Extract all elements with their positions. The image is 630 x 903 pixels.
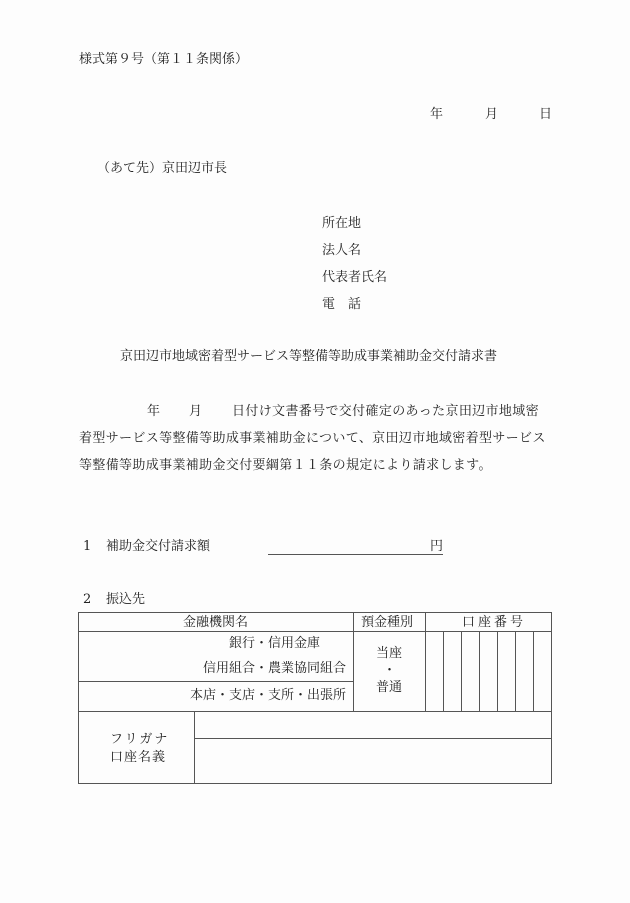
deposit-type-current: 当座 bbox=[376, 647, 402, 660]
table-border-top bbox=[78, 612, 552, 613]
section1-number: 1 bbox=[83, 540, 91, 553]
account-name-label: 口座名義 bbox=[110, 751, 166, 764]
amount-unit: 円 bbox=[430, 540, 443, 553]
deposit-type-separator: ・ bbox=[383, 664, 396, 677]
account-digit-5[interactable] bbox=[498, 632, 515, 711]
date-year-label: 年 bbox=[430, 108, 443, 121]
account-digit-6[interactable] bbox=[516, 632, 533, 711]
account-digit-2[interactable] bbox=[444, 632, 461, 711]
body-line1: 日付け文書番号で交付確定のあった京田辺市地域密 bbox=[232, 405, 539, 418]
applicant-corp-name-label: 法人名 bbox=[322, 244, 361, 257]
body-year: 年 bbox=[147, 405, 160, 418]
account-digit-1[interactable] bbox=[426, 632, 443, 711]
applicant-address-label: 所在地 bbox=[322, 217, 361, 230]
body-month: 月 bbox=[189, 405, 202, 418]
addressee: （あて先）京田辺市長 bbox=[97, 162, 227, 175]
amount-field[interactable] bbox=[268, 538, 443, 555]
deposit-type-ordinary: 普通 bbox=[376, 681, 402, 694]
applicant-representative-label: 代表者氏名 bbox=[322, 271, 387, 284]
account-digit-7[interactable] bbox=[534, 632, 551, 711]
account-digit-4[interactable] bbox=[480, 632, 497, 711]
section1-label: 補助金交付請求額 bbox=[106, 540, 210, 553]
body-line3: 等整備等助成事業補助金交付要綱第１１条の規定により請求します。 bbox=[79, 459, 492, 472]
account-name-field[interactable] bbox=[195, 739, 551, 783]
section2-number: 2 bbox=[83, 593, 91, 606]
account-digit-3[interactable] bbox=[462, 632, 479, 711]
header-deposit-type: 預金種別 bbox=[361, 616, 413, 629]
date-day-label: 日 bbox=[539, 108, 552, 121]
furigana-field[interactable] bbox=[195, 712, 551, 738]
table-border-bottom bbox=[78, 783, 552, 784]
body-line2: 着型サービス等整備等助成事業補助金について、京田辺市地域密着型サービス bbox=[79, 432, 546, 445]
date-month-label: 月 bbox=[485, 108, 498, 121]
bank-types-line2: 信用組合・農業協同組合 bbox=[203, 662, 346, 675]
table-border-right bbox=[551, 612, 552, 784]
form-number: 様式第９号（第１１条関係） bbox=[79, 53, 248, 66]
header-bank-name: 金融機関名 bbox=[183, 616, 248, 629]
branch-types: 本店・支店・支所・出張所 bbox=[190, 689, 346, 702]
header-account-number: 口座番号 bbox=[462, 616, 526, 629]
document-title: 京田辺市地域密着型サービス等整備等助成事業補助金交付請求書 bbox=[120, 350, 497, 363]
furigana-label: フリガナ bbox=[110, 733, 169, 746]
bank-types-line1: 銀行・信用金庫 bbox=[229, 637, 320, 650]
applicant-phone-label: 電 話 bbox=[322, 298, 361, 311]
section2-label: 振込先 bbox=[106, 593, 145, 606]
